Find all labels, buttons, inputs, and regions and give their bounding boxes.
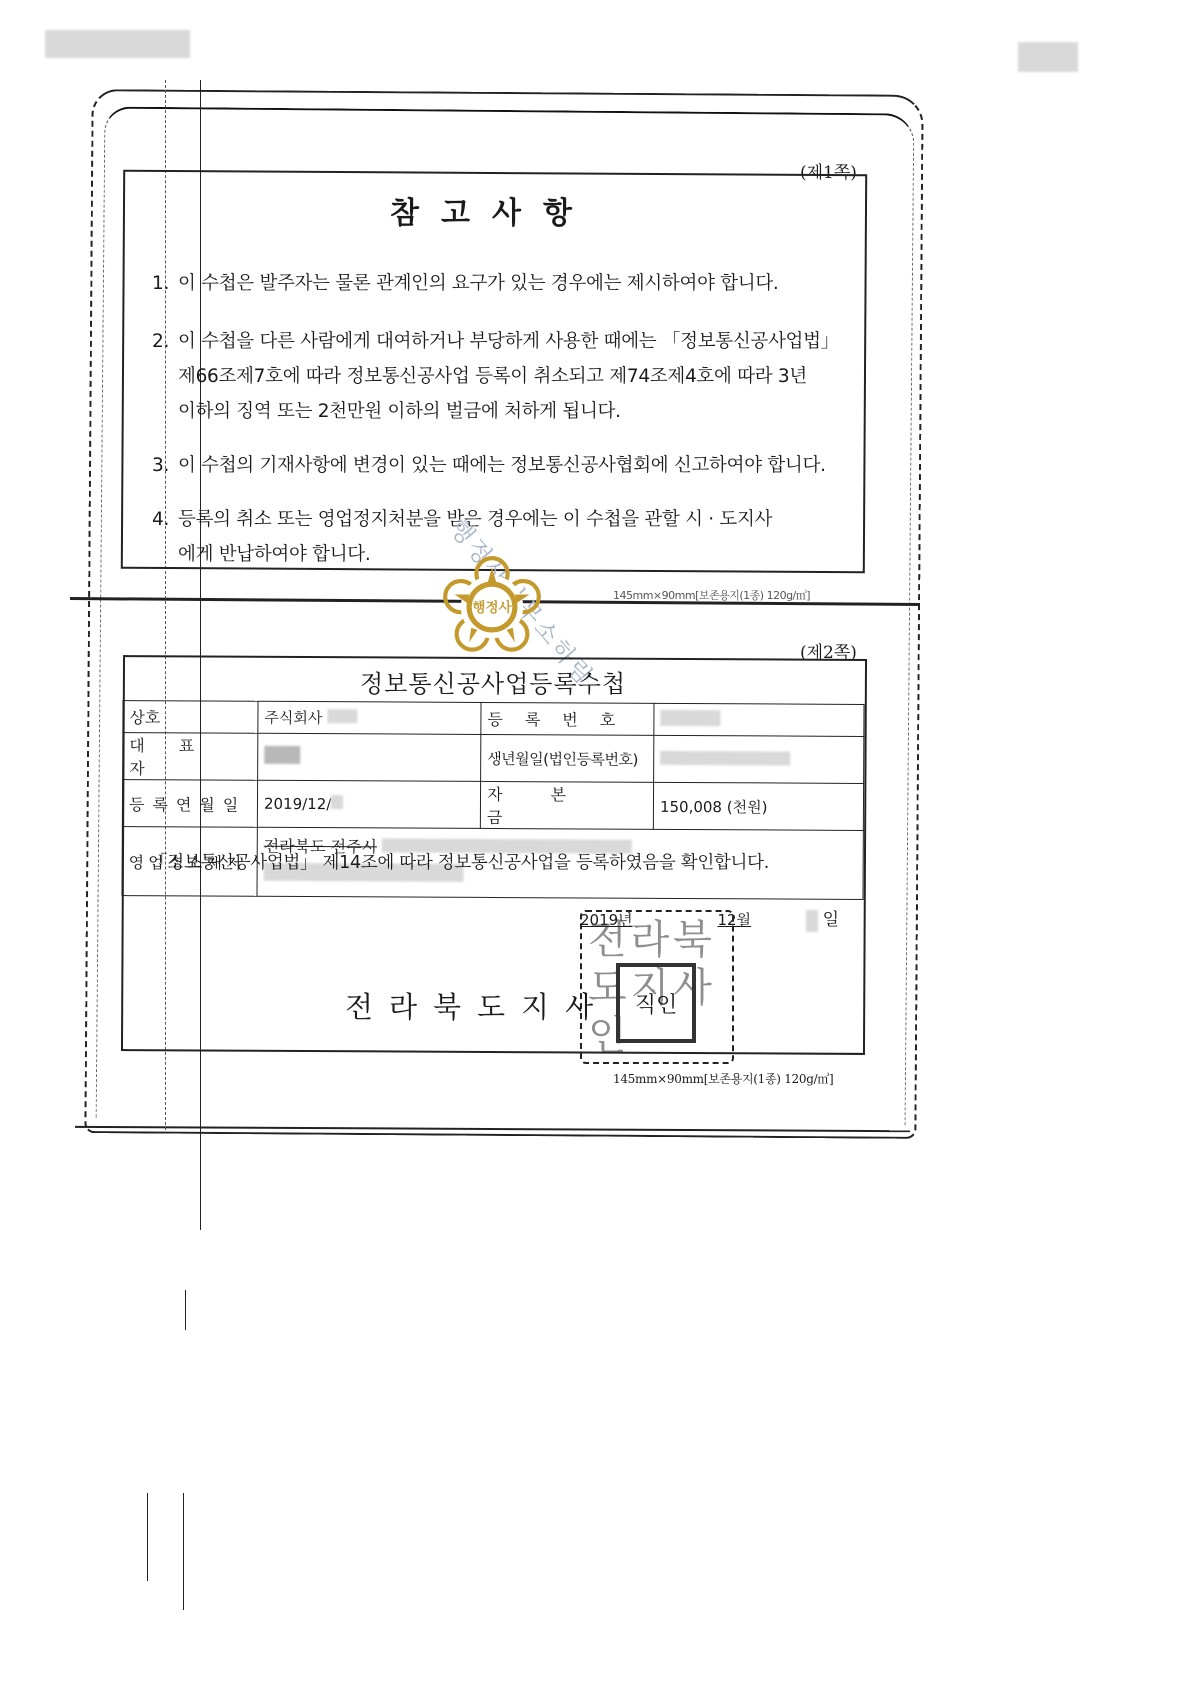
- note-text-cont: 제66조제7호에 따라 정보통신공사업 등록이 취소되고 제74조제4호에 따라…: [152, 359, 852, 394]
- note-item-1: 1.이 수첩은 발주자는 물론 관계인의 요구가 있는 경우에는 제시하여야 합…: [152, 266, 852, 301]
- label-cell: 등록번호: [481, 702, 654, 735]
- note-text: 이 수첩은 발주자는 물론 관계인의 요구가 있는 경우에는 제시하여야 합니다…: [178, 273, 779, 294]
- value-representative: [258, 733, 481, 781]
- label-reg-date: 등록연월일: [129, 795, 246, 815]
- redacted-header-right: [1018, 42, 1078, 72]
- scan-line: [183, 1493, 184, 1610]
- seal-inner-box: 직인: [616, 963, 696, 1043]
- note-item-3: 3.이 수첩의 기재사항에 변경이 있는 때에는 정보통신공사협회에 신고하여야…: [152, 448, 852, 483]
- table-row: 대표자 생년월일(법인등록번호): [123, 733, 864, 784]
- note-text: 이 수첩의 기재사항에 변경이 있는 때에는 정보통신공사협회에 신고하여야 합…: [178, 455, 826, 476]
- label-birth-date: 생년월일(법인등록번호): [487, 749, 638, 768]
- note-number: 3.: [152, 448, 178, 483]
- table-row: 상호 주식회사 등록번호: [123, 701, 864, 737]
- label-company: 상호: [129, 705, 251, 729]
- confirmation-text: 「정보통신공사업법」 제14조에 따라 정보통신공사업을 등록하였음을 확인합니…: [150, 849, 769, 874]
- note-number: 4.: [152, 502, 178, 537]
- value-reg-date: 2019/12/: [257, 780, 480, 828]
- note-number: 1.: [152, 266, 178, 301]
- label-cell: 대표자: [123, 733, 258, 781]
- page2-spec: 145mm×90mm[보존용지(1종) 120g/㎡]: [613, 1070, 833, 1087]
- label-cell: 상호: [123, 701, 258, 734]
- value-reg-number: [654, 703, 864, 736]
- label-reg-number: 등록번호: [487, 710, 637, 730]
- value-company: 주식회사: [258, 701, 481, 734]
- scan-line: [185, 1290, 186, 1330]
- scan-line: [147, 1493, 148, 1581]
- label-cell: 등록연월일: [122, 780, 257, 828]
- label-representative: 대표자: [129, 736, 228, 778]
- redacted-header-left: [45, 30, 190, 58]
- note-number: 2.: [152, 324, 178, 359]
- issuer-name: 전라북도지사: [345, 985, 609, 1026]
- page2-title: 정보통신공사업등록수첩: [360, 664, 626, 699]
- date-day-suffix: 일: [823, 910, 839, 930]
- value-capital: 150,008 (천원): [653, 782, 863, 830]
- note-text: 이 수첩을 다른 사람에게 대여하거나 부당하게 사용한 때에는 「정보통신공사…: [178, 331, 839, 352]
- emblem-icon: 행정사: [440, 555, 544, 659]
- note-text-cont: 이하의 징역 또는 2천만원 이하의 벌금에 처하게 됩니다.: [152, 394, 852, 429]
- seal-inner-text: 직인: [635, 988, 678, 1019]
- note-item-2: 2.이 수첩을 다른 사람에게 대여하거나 부당하게 사용한 때에는 「정보통신…: [152, 324, 852, 429]
- label-capital: 자본금: [487, 785, 614, 827]
- value-birth-date: [654, 735, 864, 783]
- page1-title: 참고사항: [390, 188, 594, 232]
- page1-spec: 145mm×90mm[보존용지(1종) 120g/㎡]: [613, 587, 810, 603]
- svg-text:행정사: 행정사: [472, 599, 512, 616]
- label-cell: 생년월일(법인등록번호): [481, 734, 654, 782]
- label-cell: 자본금: [480, 781, 653, 829]
- table-row: 등록연월일 2019/12/ 자본금 150,008 (천원): [122, 780, 863, 831]
